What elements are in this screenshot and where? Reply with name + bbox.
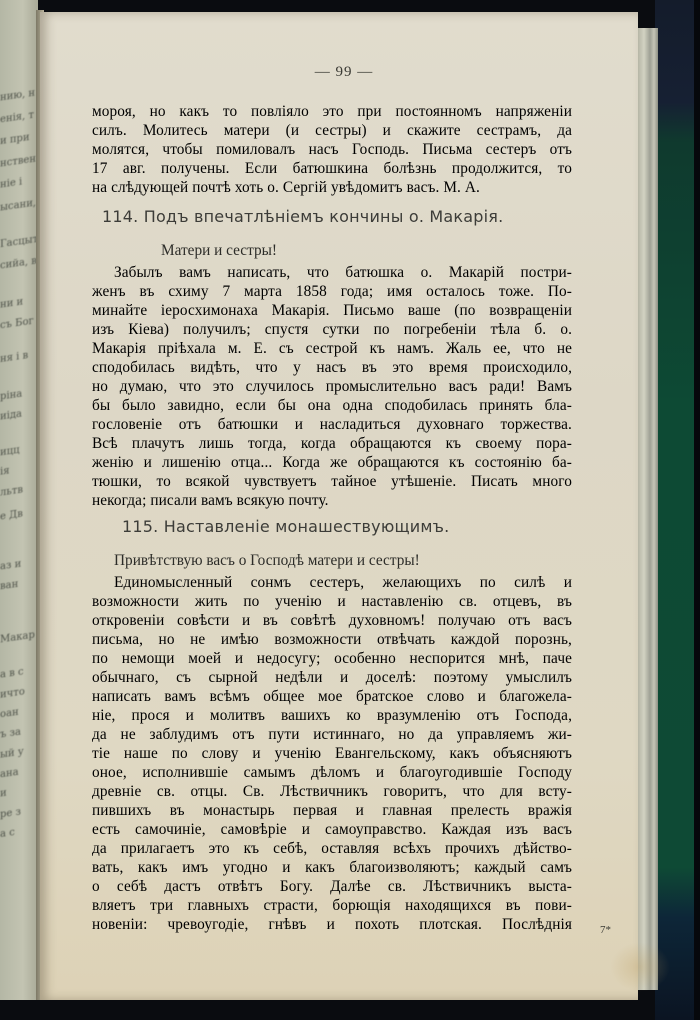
text-line: о себѣ дастъ отвѣтъ Богу. Далѣе св. Лѣст… (92, 877, 572, 896)
paper-stain (610, 942, 670, 992)
left-page-fragment: ичто (0, 686, 25, 700)
cover-edge (694, 0, 700, 1020)
text-line: 17 авг. получены. Если батюшкина болѣзнь… (92, 159, 572, 178)
text-line: Всѣ плачутъ лишь тогда, когда обращаются… (92, 434, 572, 453)
continuation-paragraph: мороя, но какъ то повліяло это при посто… (92, 102, 572, 197)
section-114-body: Забылъ вамъ написать, что батюшка о. Мак… (92, 263, 572, 510)
text-line: тюшки, то всякой чувствуетъ тайное утѣше… (92, 472, 572, 491)
left-page-fragment: льтв (0, 484, 23, 498)
left-page-fragment: ре з (0, 807, 21, 821)
left-page-fragment: Макар (0, 630, 35, 646)
text-line: письма, но не имѣю возможности отвѣчать … (92, 630, 572, 649)
text-line: некогда; писали вамъ всякую почту. (92, 491, 572, 510)
left-page-fragment: ія (0, 465, 10, 477)
text-line: ніе, прося и молитвъ вашихъ ко вразумлен… (92, 706, 572, 725)
text-line: но думаю, что это случилось промыслитель… (92, 377, 572, 396)
text-line: молятся, чтобы помиловалъ насъ Господь. … (92, 140, 572, 159)
left-page-fragment: съ Бог (0, 316, 34, 332)
book-page: — 99 — мороя, но какъ то повліяло это пр… (40, 12, 638, 1000)
text-line: вляетъ три главныхъ страсти, борющія нах… (92, 896, 572, 915)
previous-page-curled: нию, н енія, т и при нствен ніе і ысани,… (0, 0, 38, 1000)
left-page-fragment: ый у (0, 746, 24, 760)
left-page-fragment: ана (0, 767, 19, 781)
text-line: тіе наше по слову и ученію Евангельскому… (92, 744, 572, 763)
book-photo: нию, н енія, т и при нствен ніе і ысани,… (0, 0, 700, 1020)
left-page-fragment: ицц (0, 445, 20, 459)
salutation-114: Матери и сестры! (161, 242, 277, 260)
text-line: пившихъ въ монастырь первая и главная пр… (92, 801, 572, 820)
section-115-body: Единомысленный сонмъ сестеръ, желающихъ … (92, 573, 572, 934)
left-page-fragment: ни и (0, 296, 23, 310)
text-line: написать вамъ всѣмъ общее мое братское с… (92, 687, 572, 706)
left-page-fragment: иіда (0, 408, 22, 422)
left-page-fragment: енія, т (0, 110, 34, 126)
text-line: да не заблудимъ отъ пути истиннаго, но д… (92, 725, 572, 744)
left-page-fragment: сийа, в (0, 255, 37, 271)
text-line: оное, исполнившіе самымъ дѣломъ и благоу… (92, 763, 572, 782)
text-line: гословеніе отъ батюшки и насладиться дух… (92, 415, 572, 434)
text-line: силъ. Молитесь матери (и сестры) и скажи… (92, 121, 572, 140)
text-line: есть самочиніе, самовѣріе и самоуправств… (92, 820, 572, 839)
left-page-fragment: оан (0, 707, 19, 721)
text-line: мороя, но какъ то повліяло это при посто… (92, 102, 572, 121)
left-page-fragment: а с (0, 827, 15, 840)
left-page-fragment: Гасцыти (0, 233, 38, 250)
text-line: откровеніи совѣсти и въ совѣтѣ духовномъ… (92, 611, 572, 630)
left-page-fragment: нствен (0, 153, 36, 169)
printer-signature-mark: 7* (600, 924, 611, 936)
text-line: изъ Кіева) получилъ; спустя сутки по пог… (92, 320, 572, 339)
text-line: минайте іеросхимонаха Макарія. Письмо ва… (92, 301, 572, 320)
text-line: вать, какъ имъ угодно и какъ благоизволя… (92, 858, 572, 877)
left-page-fragment: ніе і (0, 176, 22, 190)
page-edges (638, 28, 658, 990)
section-heading-114: 114. Подъ впечатлѣніемъ кончины о. Макар… (102, 207, 503, 226)
left-page-fragment: ъ за (0, 727, 21, 741)
left-page-fragment: аз и (0, 559, 21, 573)
left-page-fragment: ван (0, 579, 18, 593)
text-line: Забылъ вамъ написать, что батюшка о. Мак… (92, 263, 572, 282)
text-line: бы было завидно, если бы она одна сподоб… (92, 396, 572, 415)
left-page-fragment: нию, н (0, 88, 35, 104)
text-line: на слѣдующей почтѣ хоть о. Сергій увѣдом… (92, 178, 572, 197)
text-line: древніе св. отцы. Св. Лѣствичникъ говори… (92, 782, 572, 801)
text-line: да прилагаетъ это къ себѣ, оставляя всѣх… (92, 839, 572, 858)
left-page-fragment: и (0, 788, 7, 800)
left-page-fragment: ріна (0, 388, 22, 402)
text-line: Макарія пріѣхала м. Е. съ сестрой къ нам… (92, 339, 572, 358)
left-page-fragment: е Дв (0, 508, 23, 522)
page-number: — 99 — (40, 64, 648, 81)
text-line: по немощи моей и недосугу; особенно несп… (92, 649, 572, 668)
left-page-fragment: ня і в (0, 350, 28, 365)
salutation-115: Привѣтствую васъ о Господѣ матери и сест… (114, 552, 420, 570)
text-line: новеніи: чревоугодіе, гнѣвъ и похоть пло… (92, 915, 572, 934)
left-page-fragment: и при (0, 132, 30, 147)
left-page-fragment: а в с (0, 666, 24, 680)
text-line: обычнаго, съ сырной недѣли и доселѣ: поэ… (92, 668, 572, 687)
section-heading-115: 115. Наставленіе монашествующимъ. (122, 517, 449, 536)
left-page-fragment: ысани, (0, 197, 36, 213)
text-line: женію и лишенію отца... Когда же обращаю… (92, 453, 572, 472)
text-line: женъ въ схиму 7 марта 1858 года; имя ост… (92, 282, 572, 301)
text-line: сподобилась видѣть, что у насъ въ это вр… (92, 358, 572, 377)
text-line: Единомысленный сонмъ сестеръ, желающихъ … (92, 573, 572, 592)
text-line: возможности жить по ученію и наставленію… (92, 592, 572, 611)
